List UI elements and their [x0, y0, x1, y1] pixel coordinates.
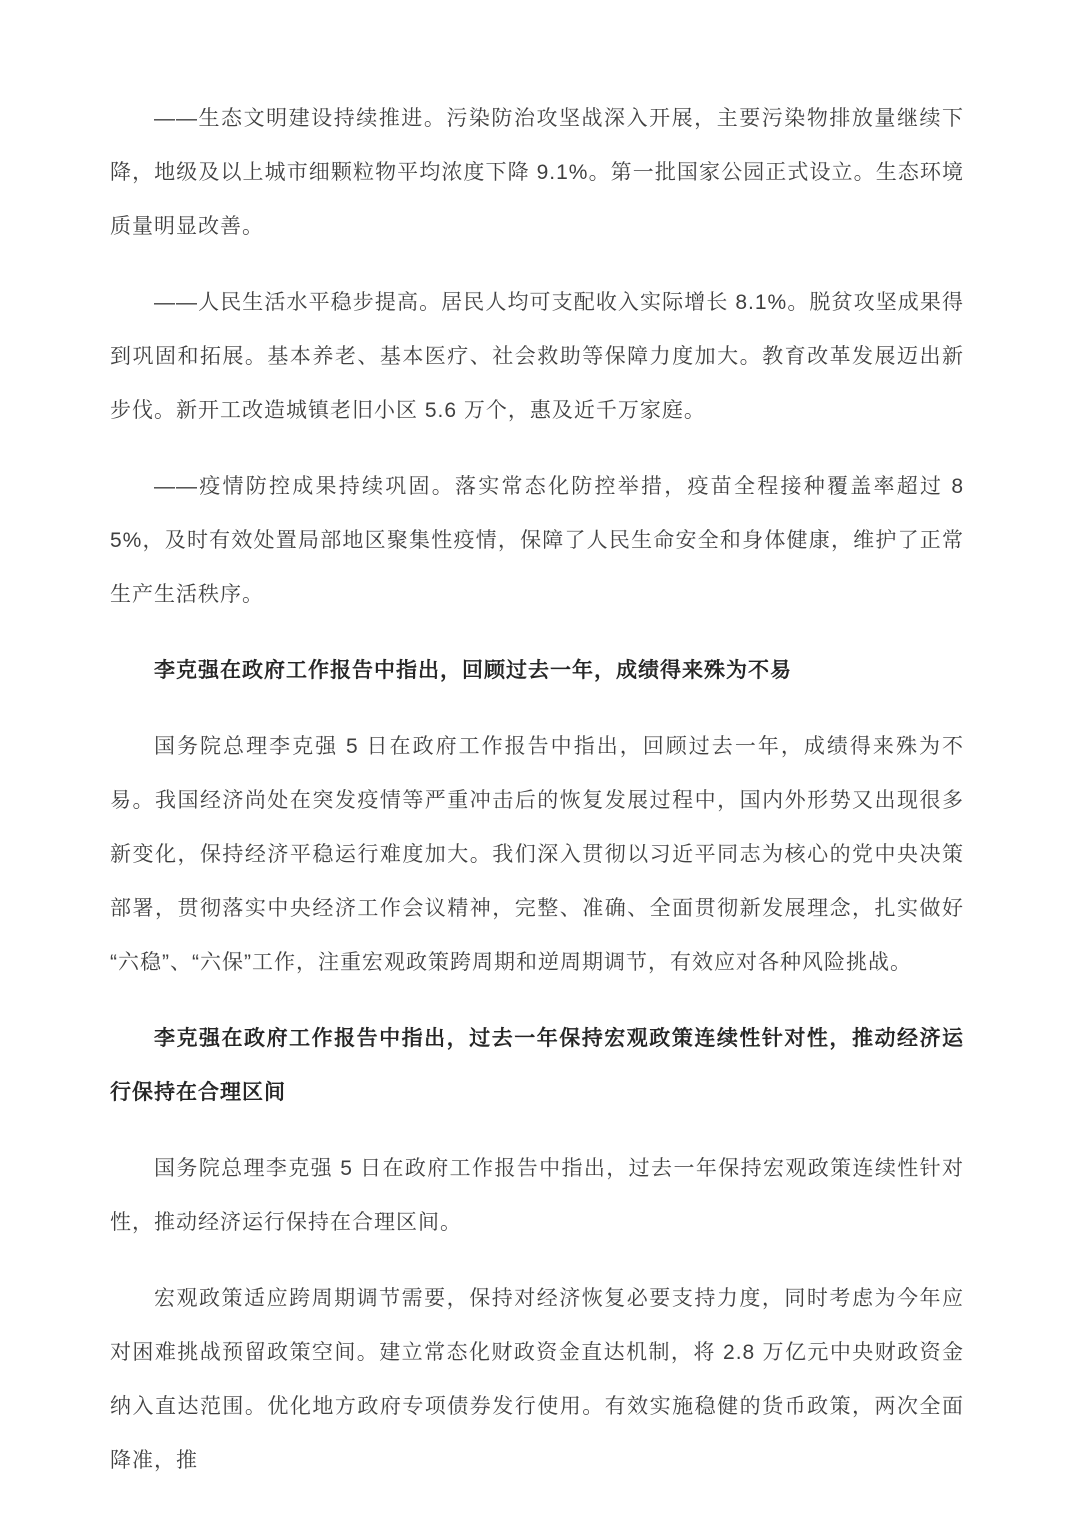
document-page: ——生态文明建设持续推进。污染防治攻坚战深入开展，主要污染物排放量继续下降，地级… [0, 0, 1074, 1520]
paragraph-ecology-progress: ——生态文明建设持续推进。污染防治攻坚战深入开展，主要污染物排放量继续下降，地级… [110, 92, 964, 254]
paragraph-pandemic-control: ——疫情防控成果持续巩固。落实常态化防控举措，疫苗全程接种覆盖率超过 85%，及… [110, 460, 964, 622]
paragraph-living-standards: ——人民生活水平稳步提高。居民人均可支配收入实际增长 8.1%。脱贫攻坚成果得到… [110, 276, 964, 438]
heading-macro-policy: 李克强在政府工作报告中指出，过去一年保持宏观政策连续性针对性，推动经济运行保持在… [110, 1012, 964, 1120]
paragraph-review-past-year-body: 国务院总理李克强 5 日在政府工作报告中指出，回顾过去一年，成绩得来殊为不易。我… [110, 720, 964, 990]
paragraph-macro-policy-lead: 国务院总理李克强 5 日在政府工作报告中指出，过去一年保持宏观政策连续性针对性，… [110, 1142, 964, 1250]
heading-review-past-year: 李克强在政府工作报告中指出，回顾过去一年，成绩得来殊为不易 [110, 644, 964, 698]
paragraph-macro-policy-body: 宏观政策适应跨周期调节需要，保持对经济恢复必要支持力度，同时考虑为今年应对困难挑… [110, 1272, 964, 1488]
